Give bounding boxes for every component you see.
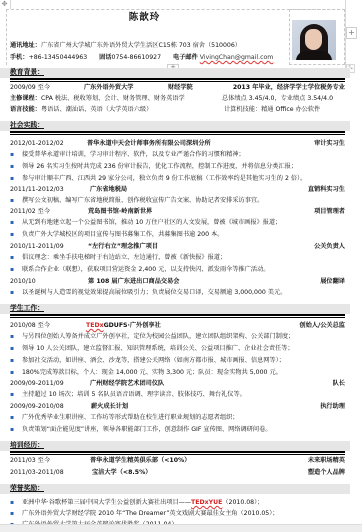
- divider: [10, 78, 345, 80]
- bullet-icon: ▪: [10, 220, 14, 226]
- award-date: （2010.08）；: [222, 499, 263, 506]
- section-practice: 社会实践：: [0, 121, 350, 131]
- entry-role: 项目管理者: [314, 209, 345, 215]
- entry-date: 2012/01-2012/02: [10, 141, 64, 147]
- entry-role: 队长: [333, 381, 345, 387]
- list-item: ▪广东外语外贸大学财经学院 2010 年“The Dreamer”英文戏剧大赛最…: [10, 511, 345, 520]
- list-item: ▪倡议理念：乘坐手扶电梯时于右边站立、左边通行，曾被《新快报》报道；: [10, 255, 345, 264]
- education-date: 2009/09 至今: [10, 85, 50, 91]
- bullet-icon: ▪: [10, 164, 14, 170]
- list-item: ▪撰写公文初稿、编写广东省地税简报、创作税收宣传广告文案、协助记者安排采访事宜。: [10, 198, 345, 207]
- email-value[interactable]: VivingChan@gmail.com: [200, 54, 274, 61]
- photo-body: [296, 51, 332, 60]
- phone-value: 0754-86610927: [112, 54, 161, 61]
- practice-entry: 2011/02 至今 荒岛图书馆·岭南新世界 项目管理者: [10, 209, 345, 218]
- divider: [10, 314, 345, 316]
- address-value: 广东省广州大学城广东外语外贸大学生活区C15栋 703 宿舍（510006）: [41, 42, 241, 49]
- phone-label: 固话: [99, 54, 111, 61]
- award-text: 亚洲中华·谷歌杯第三届中国大学生公益创新大赛社出项目——: [22, 499, 191, 506]
- bullet-text: 倡议理念：乘坐手扶电梯时于右边站立、左边通行，曾被《新快报》报道；: [22, 255, 226, 261]
- practice-entry: 2010/10 第 108 届广东进出口商品交易会 展位翻译: [10, 279, 345, 288]
- graduation-note: 2013 年毕业，经济学学士学位税务专业: [233, 85, 345, 91]
- list-item: ▪180%完成筹款目标，个人：现金 14,000 元、实物 3,300 元；队员…: [10, 370, 345, 379]
- bullet-text: 撰写公文初稿、编写广东省地税简报、创作税收宣传广告文案、协助记者安排采访事宜。: [22, 198, 263, 204]
- language-value: 粤语话、潮汕话、英语（大学英语六级）: [41, 106, 152, 113]
- entry-date: 2010/10: [10, 279, 36, 285]
- entry-role: 审计实习生: [314, 141, 345, 147]
- entry-org: “左行右立”理念推广项目: [88, 244, 158, 250]
- entry-date: 2010/08 至今: [10, 323, 50, 329]
- bullet-icon: ▪: [10, 267, 14, 273]
- add-column-button[interactable]: +: [346, 27, 357, 39]
- section-title: 培训经历：: [10, 442, 44, 449]
- entry-date: 2009/09-2011/09: [10, 381, 64, 387]
- work-entry: 2009/09-2010/08 薪火成长计划 执行助理: [10, 404, 345, 413]
- bullet-icon: ▪: [10, 500, 14, 506]
- divider: [10, 454, 345, 455]
- divider: [10, 317, 345, 318]
- bullet-icon: ▪: [10, 152, 14, 158]
- entry-date: 2011/03-2011/08: [10, 470, 64, 476]
- education-row: 2009/09 至今 广东外语外贸大学 财经学院 2013 年毕业，经济学学士学…: [10, 85, 345, 94]
- list-item: ▪参与审计顺丰广西、江西共 29 家分公司，独立负责 9 份工作底稿（工作效率约…: [10, 176, 345, 185]
- list-item: ▪负责策划“面企能见度”讲座，领导各职能部门工作，创意制作 GIF 宣传图、网络…: [10, 427, 345, 436]
- ted-label: TEDx: [86, 322, 104, 329]
- entry-date: 2009/09-2010/08: [10, 404, 64, 410]
- entry-date: 2011/03 至今: [10, 458, 50, 464]
- work-entry: 2009/09-2011/09 广州财经学院艺术团司仪队 队长: [10, 381, 345, 390]
- list-item: ▪领导 26 名实习生按时共完成 236 份审计报告，优化工作流程，控制工作进度…: [10, 164, 345, 173]
- bullet-text: 负责广外大学城校区的项目宣传与图书募集工作，共募集图书逾 200 本。: [22, 232, 223, 238]
- bullet-text: 广外优秀毕业生职讲座、工作坊等形式帮助在校生进行职业规划的志愿者组织；: [22, 415, 239, 421]
- address-label: 通讯地址：: [10, 42, 41, 49]
- entry-org: 薪火成长计划: [91, 404, 128, 410]
- resume-page: ✥ + + ⤡ 陈歆玲 通讯地址：广东省广州大学城广东外语外贸大学生活区C15栋…: [0, 0, 362, 532]
- entry-date: 2011/11-2012/03: [10, 187, 64, 193]
- candidate-name: 陈歆玲: [0, 13, 289, 23]
- practice-entry: 2012/01-2012/02 普华永道中天会计师事务所有限公司深圳分所 审计实…: [10, 141, 345, 150]
- bullet-text: 180%完成筹款目标，个人：现金 14,000 元、实物 3,300 元；队员：…: [22, 370, 282, 376]
- profile-photo[interactable]: [292, 20, 336, 60]
- entry-role: 塑造个人品牌: [308, 470, 345, 476]
- entry-org: 广州财经学院艺术团司仪队: [90, 381, 164, 387]
- bullet-text: 与另四位创始人筹备并成立广外创享社，定位为校园公益团队，建立团队组织架构、公关部…: [22, 334, 294, 340]
- status-bar: [0, 524, 362, 532]
- entry-org: 荒岛图书馆·岭南新世界: [88, 209, 152, 215]
- entry-date: 2011/02 至今: [10, 209, 50, 215]
- bullet-icon: ▪: [10, 427, 14, 433]
- section-awards: 荣誉奖励：: [0, 484, 350, 494]
- entry-org: 宝洁大学（<8.5%）: [92, 470, 151, 476]
- list-item: ▪领导 10 人公关团队，建立监督汇报、知识管理系统，培训公关、公益项目推广、企…: [10, 346, 345, 355]
- bullet-text: 接受普华永道审计培训，学习审计程序、软件，以及专业严谨合作的习惯和精神；: [22, 152, 245, 158]
- courses-row: 主修课程：CPA 税法、税收筹划、会计、财务管理、财务英语学 总体绩点 3.45…: [10, 96, 345, 105]
- bullet-icon: ▪: [10, 232, 14, 238]
- entry-role: 公关负责人: [314, 244, 345, 250]
- entry-role: 执行助理: [320, 404, 345, 410]
- address-line: 通讯地址：广东省广州大学城广东外语外贸大学生活区C15栋 703 宿舍（5100…: [10, 43, 241, 49]
- training-entry: 2011/03-2011/08 宝洁大学（<8.5%） 塑造个人品牌: [10, 470, 345, 479]
- entry-org: 第 108 届广东进出口商品交易会: [88, 279, 179, 285]
- list-item: ▪负责广外大学城校区的项目宣传与图书募集工作，共募集图书逾 200 本。: [10, 232, 345, 241]
- list-item: ▪亚洲中华·谷歌杯第三届中国大学生公益创新大赛社出项目——TEDxYUE（201…: [10, 500, 345, 509]
- bullet-icon: ▪: [10, 415, 14, 421]
- section-title: 教育背景：: [10, 69, 44, 76]
- table-move-icon[interactable]: ✥: [0, 0, 9, 9]
- bullet-icon: ▪: [10, 358, 14, 364]
- list-item: ▪以圣诞树与人造雪的视觉效果提高展位吸引力；负责展位交易口译，交易额逾 3,00…: [10, 290, 345, 299]
- entry-org: 广东省地税局: [90, 187, 127, 193]
- list-item: ▪接受普华永道审计培训，学习审计程序、软件，以及专业严谨合作的习惯和精神；: [10, 152, 345, 161]
- phone-line: 手机：+86-13450444963固话0754-86610927电子邮件 Vi…: [10, 55, 273, 61]
- entry-date: 2010/11-2011/09: [10, 244, 64, 250]
- section-education: 教育背景：: [0, 68, 350, 78]
- entry-role: 未来职场精英: [308, 458, 345, 464]
- email-label: 电子邮件: [173, 54, 198, 61]
- list-item: ▪联系合作企业（联想），获取项目营运资金 2,400 元，以支持快闪、派发雨伞等…: [10, 267, 345, 276]
- bullet-icon: ▪: [10, 370, 14, 376]
- section-title: 社会实践：: [10, 122, 44, 129]
- table-border: [10, 0, 11, 9]
- section-training: 培训经历：: [0, 441, 350, 451]
- college-name: 财经学院: [168, 85, 193, 91]
- divider: [10, 134, 345, 135]
- bullet-text: 领导 26 名实习生按时共完成 236 份审计报告，优化工作流程，控制工作进度，…: [22, 164, 297, 170]
- practice-entry: 2011/11-2012/03 广东省地税局 直销科实习生: [10, 187, 345, 196]
- entry-role: 直销科实习生: [308, 187, 345, 193]
- practice-entry: 2010/11-2011/09 “左行右立”理念推广项目 公关负责人: [10, 244, 345, 253]
- bullet-text: 以圣诞树与人造雪的视觉效果提高展位吸引力；负责展位交易口译，交易额逾 3,000…: [22, 290, 286, 296]
- ted-label: TEDxYUE: [191, 499, 222, 506]
- language-label: 语言技能：: [10, 106, 41, 113]
- section-title: 学生工作：: [10, 305, 44, 312]
- skills-row: 语言技能：粤语话、潮汕话、英语（大学英语六级） 计算机技能：精通 Office …: [10, 107, 345, 116]
- photo-face: [305, 29, 322, 50]
- bullet-icon: ▪: [10, 255, 14, 261]
- bullet-text: 联系合作企业（联想），获取项目营运资金 2,400 元，以支持快闪、派发雨伞等推…: [22, 267, 269, 273]
- entry-role: 展位翻译: [320, 279, 345, 285]
- entry-org: 普华永道学生精英俱乐部（<10%）: [90, 458, 190, 464]
- divider: [10, 451, 345, 453]
- bullet-icon: ▪: [10, 176, 14, 182]
- courses-label: 主修课程：: [10, 95, 41, 102]
- bullet-text: 参与审计顺丰广西、江西共 29 家分公司，独立负责 9 份工作底稿（工作效率约是…: [22, 176, 306, 182]
- bullet-text: 主持超过 10 场次；培训 5 名队员语音语调、理字读音、肢体技巧、舞台礼仪等。: [22, 392, 246, 398]
- section-student-work: 学生工作：: [0, 304, 350, 314]
- entry-org: GDUFS·广外创享社: [104, 322, 161, 329]
- bullet-text: 负责策划“面企能见度”讲座，领导各职能部门工作，创意制作 GIF 宣传图、网络调…: [22, 427, 271, 433]
- bullet-icon: ▪: [10, 198, 14, 204]
- list-item: ▪从无到有地建立起一个公益图书馆，推动 10 万住户社区的人文发展，曾被《城市画…: [10, 220, 345, 229]
- bullet-icon: ▪: [10, 290, 14, 296]
- list-item: ▪与另四位创始人筹备并成立广外创享社，定位为校园公益团队，建立团队组织架构、公关…: [10, 334, 345, 343]
- bullet-icon: ▪: [10, 334, 14, 340]
- entry-org: 普华永道中天会计师事务所有限公司深圳分所: [87, 141, 211, 147]
- award-text: 广东外语外贸大学财经学院 2010 年“The Dreamer”英文戏剧大赛最佳…: [22, 511, 279, 517]
- bullet-icon: ▪: [10, 392, 14, 398]
- courses-value: CPA 税法、税收筹划、会计、财务管理、财务英语学: [41, 95, 185, 102]
- work-entry: 2010/08 至今 TEDxGDUFS·广外创享社 创始人/公关总监: [10, 323, 345, 332]
- section-title: 荣誉奖励：: [10, 485, 44, 492]
- list-item: ▪广外优秀毕业生职讲座、工作坊等形式帮助在校生进行职业规划的志愿者组织；: [10, 415, 345, 424]
- training-entry: 2011/03 至今 普华永道学生精英俱乐部（<10%） 未来职场精英: [10, 458, 345, 467]
- school-name: 广东外语外贸大学: [84, 85, 134, 91]
- computer-skills: 计算机技能：精通 Office 办公软件: [224, 107, 320, 113]
- list-item: ▪参加社交活动，如讲座、酒会、沙龙等，搭建公关网络（如南方都市报、城市画报、信息…: [10, 358, 345, 367]
- bullet-text: 领导 10 人公关团队，建立监督汇报、知识管理系统，培训公关、公益项目推广、企业…: [22, 346, 294, 352]
- gpa-value: 总体绩点 3.45/4.0，专业绩点 3.54/4.0: [222, 96, 333, 102]
- divider: [10, 81, 345, 82]
- bullet-text: 参加社交活动，如讲座、酒会、沙龙等，搭建公关网络（如南方都市报、城市画报、信息网…: [22, 358, 285, 364]
- mobile-label: 手机：: [10, 54, 29, 61]
- mobile-value: +86-13450444963: [29, 54, 88, 61]
- divider: [10, 131, 345, 133]
- bullet-text: 从无到有地建立起一个公益图书馆，推动 10 万住户社区的人文发展，曾被《城市画报…: [22, 220, 281, 226]
- bullet-icon: ▪: [10, 511, 14, 517]
- entry-role: 创始人/公关总监: [299, 323, 345, 329]
- bullet-icon: ▪: [10, 346, 14, 352]
- list-item: ▪主持超过 10 场次；培训 5 名队员语音语调、理字读音、肢体技巧、舞台礼仪等…: [10, 392, 345, 401]
